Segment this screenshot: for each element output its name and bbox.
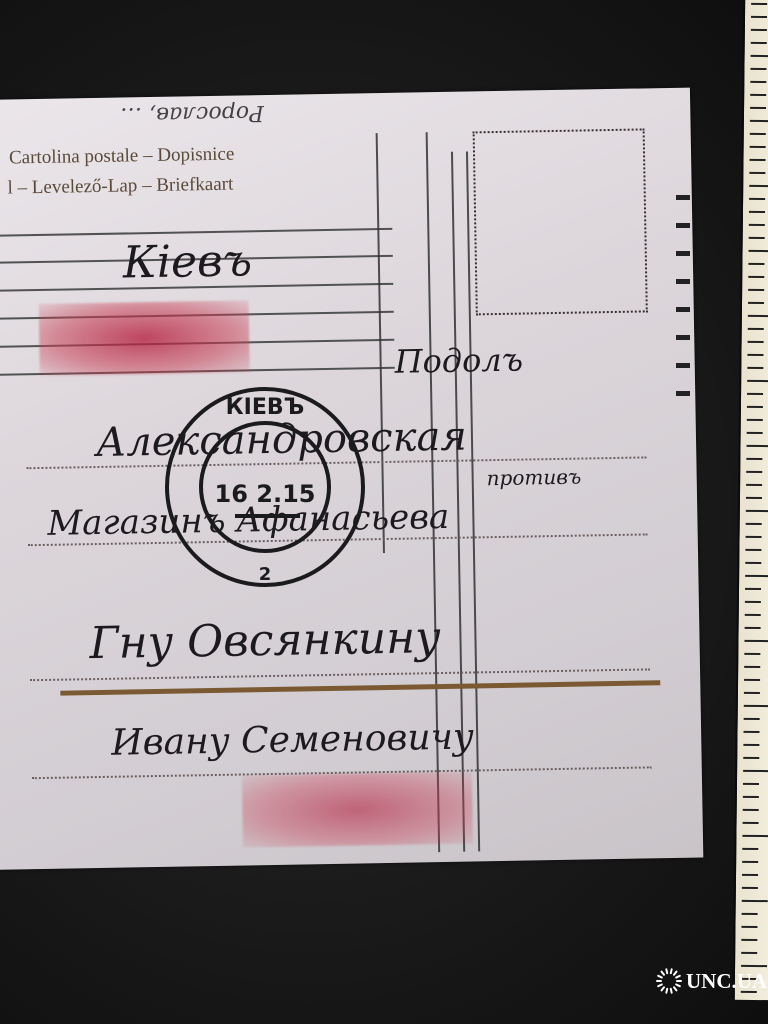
postmark-city: КІЕВЪ bbox=[226, 395, 305, 420]
ruler-tick bbox=[748, 302, 764, 304]
ruler-tick bbox=[748, 263, 764, 265]
ruler-tick bbox=[750, 133, 766, 135]
ruler-tick bbox=[745, 614, 761, 616]
card-edge-mark bbox=[676, 251, 690, 256]
ruler-tick bbox=[751, 55, 768, 57]
ruler-tick bbox=[748, 276, 764, 278]
ruler-tick bbox=[746, 471, 762, 473]
postmark-number: 2 bbox=[259, 564, 272, 585]
ruler-tick bbox=[750, 107, 766, 109]
ruler-tick bbox=[744, 731, 760, 733]
ruler-tick bbox=[742, 887, 758, 889]
handwritten-top-note: Ророслав, … bbox=[120, 100, 264, 128]
ruler-tick bbox=[744, 679, 760, 681]
stamp-placeholder-box bbox=[473, 128, 648, 315]
handwritten-line4: Ивану Семеновичу bbox=[111, 716, 474, 763]
ruler-tick bbox=[744, 705, 768, 707]
ruler-tick bbox=[741, 926, 757, 928]
ruler-tick bbox=[751, 42, 767, 44]
handwritten-line1-note: противъ bbox=[486, 465, 581, 491]
handwritten-region: Подолъ bbox=[394, 341, 523, 381]
ruler-tick bbox=[747, 393, 763, 395]
card-edge-mark bbox=[676, 335, 690, 340]
ruler-tick bbox=[748, 315, 768, 317]
ruler-tick bbox=[745, 562, 761, 564]
ruler-tick bbox=[744, 653, 760, 655]
ruler-tick bbox=[745, 588, 761, 590]
ruler-tick bbox=[743, 757, 759, 759]
ruler-tick bbox=[751, 16, 767, 18]
postmark-date: 16 2.15 bbox=[215, 480, 316, 508]
ruler-tick bbox=[748, 289, 764, 291]
ruler-tick bbox=[747, 380, 768, 382]
ruler-tick bbox=[748, 328, 764, 330]
card-edge-mark bbox=[676, 391, 690, 396]
ruler-tick bbox=[742, 913, 758, 915]
card-edge-mark bbox=[676, 363, 690, 368]
ruler-tick bbox=[746, 497, 762, 499]
ruler-tick bbox=[742, 874, 758, 876]
ruler-tick bbox=[743, 809, 759, 811]
card-edge-mark bbox=[676, 195, 690, 200]
ruler-tick bbox=[750, 120, 768, 122]
ruler-tick bbox=[746, 458, 762, 460]
ruler-tick bbox=[742, 848, 758, 850]
watermark: UNC.UA bbox=[656, 968, 767, 994]
ruler-tick bbox=[746, 510, 768, 512]
ruler-tick bbox=[744, 718, 760, 720]
ruler-tick bbox=[749, 250, 768, 252]
handwritten-line3: Гну Овсянкину bbox=[89, 612, 441, 669]
ruler-tick bbox=[750, 81, 766, 83]
ruler-tick bbox=[750, 68, 766, 70]
ruler-tick bbox=[741, 939, 757, 941]
ruler-tick bbox=[750, 159, 766, 161]
ruler-tick bbox=[743, 796, 759, 798]
ruler-tick bbox=[750, 94, 766, 96]
ruler-tick bbox=[747, 367, 763, 369]
ruler-tick bbox=[744, 666, 760, 668]
ruler-tick bbox=[750, 146, 766, 148]
ruler-tick bbox=[742, 861, 758, 863]
ruler-tick bbox=[745, 601, 761, 603]
ruler-tick bbox=[748, 341, 764, 343]
ruler-tick bbox=[742, 900, 768, 902]
ruler-tick bbox=[746, 536, 762, 538]
ruler-tick bbox=[744, 640, 768, 642]
ruler-tick bbox=[751, 29, 767, 31]
card-edge-mark bbox=[676, 279, 690, 284]
ruler-tick bbox=[751, 3, 767, 5]
ruler-tick bbox=[749, 224, 765, 226]
ruler-tick bbox=[743, 822, 759, 824]
ruler-tick bbox=[745, 575, 768, 577]
ruler-tick bbox=[749, 211, 765, 213]
ruler-tick bbox=[745, 627, 761, 629]
postmark-cancellation: КІЕВЪ 16 2.15 2 bbox=[160, 382, 370, 592]
printed-header-line1: Cartolina postale – Dopisnice bbox=[9, 144, 235, 170]
ruler-tick bbox=[747, 406, 763, 408]
ruler-tick bbox=[742, 835, 768, 837]
handwritten-city: Кіевъ bbox=[122, 235, 252, 288]
ruler-tick bbox=[744, 692, 760, 694]
ruler-tick bbox=[741, 965, 767, 967]
ruler-tick bbox=[749, 198, 765, 200]
ruler-tick bbox=[749, 237, 765, 239]
ruler-tick bbox=[743, 744, 759, 746]
ruler-tick bbox=[746, 484, 762, 486]
ruler-tick bbox=[747, 445, 768, 447]
card-edge-mark bbox=[676, 223, 690, 228]
ruler-tick bbox=[747, 354, 763, 356]
vertical-line bbox=[376, 133, 385, 553]
ruler-tick bbox=[741, 952, 757, 954]
brown-underline bbox=[60, 680, 660, 695]
ruler-tick bbox=[745, 549, 761, 551]
ruler-tick bbox=[743, 783, 759, 785]
ruler-tick bbox=[749, 172, 765, 174]
address-dotted-line bbox=[30, 668, 650, 681]
card-edge-mark bbox=[676, 307, 690, 312]
sunburst-icon bbox=[656, 968, 682, 994]
printed-header-line2: l – Levelező-Lap – Briefkaart bbox=[7, 174, 233, 200]
watermark-text: UNC.UA bbox=[686, 969, 767, 994]
red-ink-mark bbox=[39, 300, 250, 376]
ruler-tick bbox=[749, 185, 768, 187]
ruler-tick bbox=[747, 432, 763, 434]
red-ink-mark bbox=[242, 772, 473, 848]
ruler-tick bbox=[747, 419, 763, 421]
ruler-tick bbox=[743, 770, 768, 772]
ruler-tick bbox=[746, 523, 762, 525]
